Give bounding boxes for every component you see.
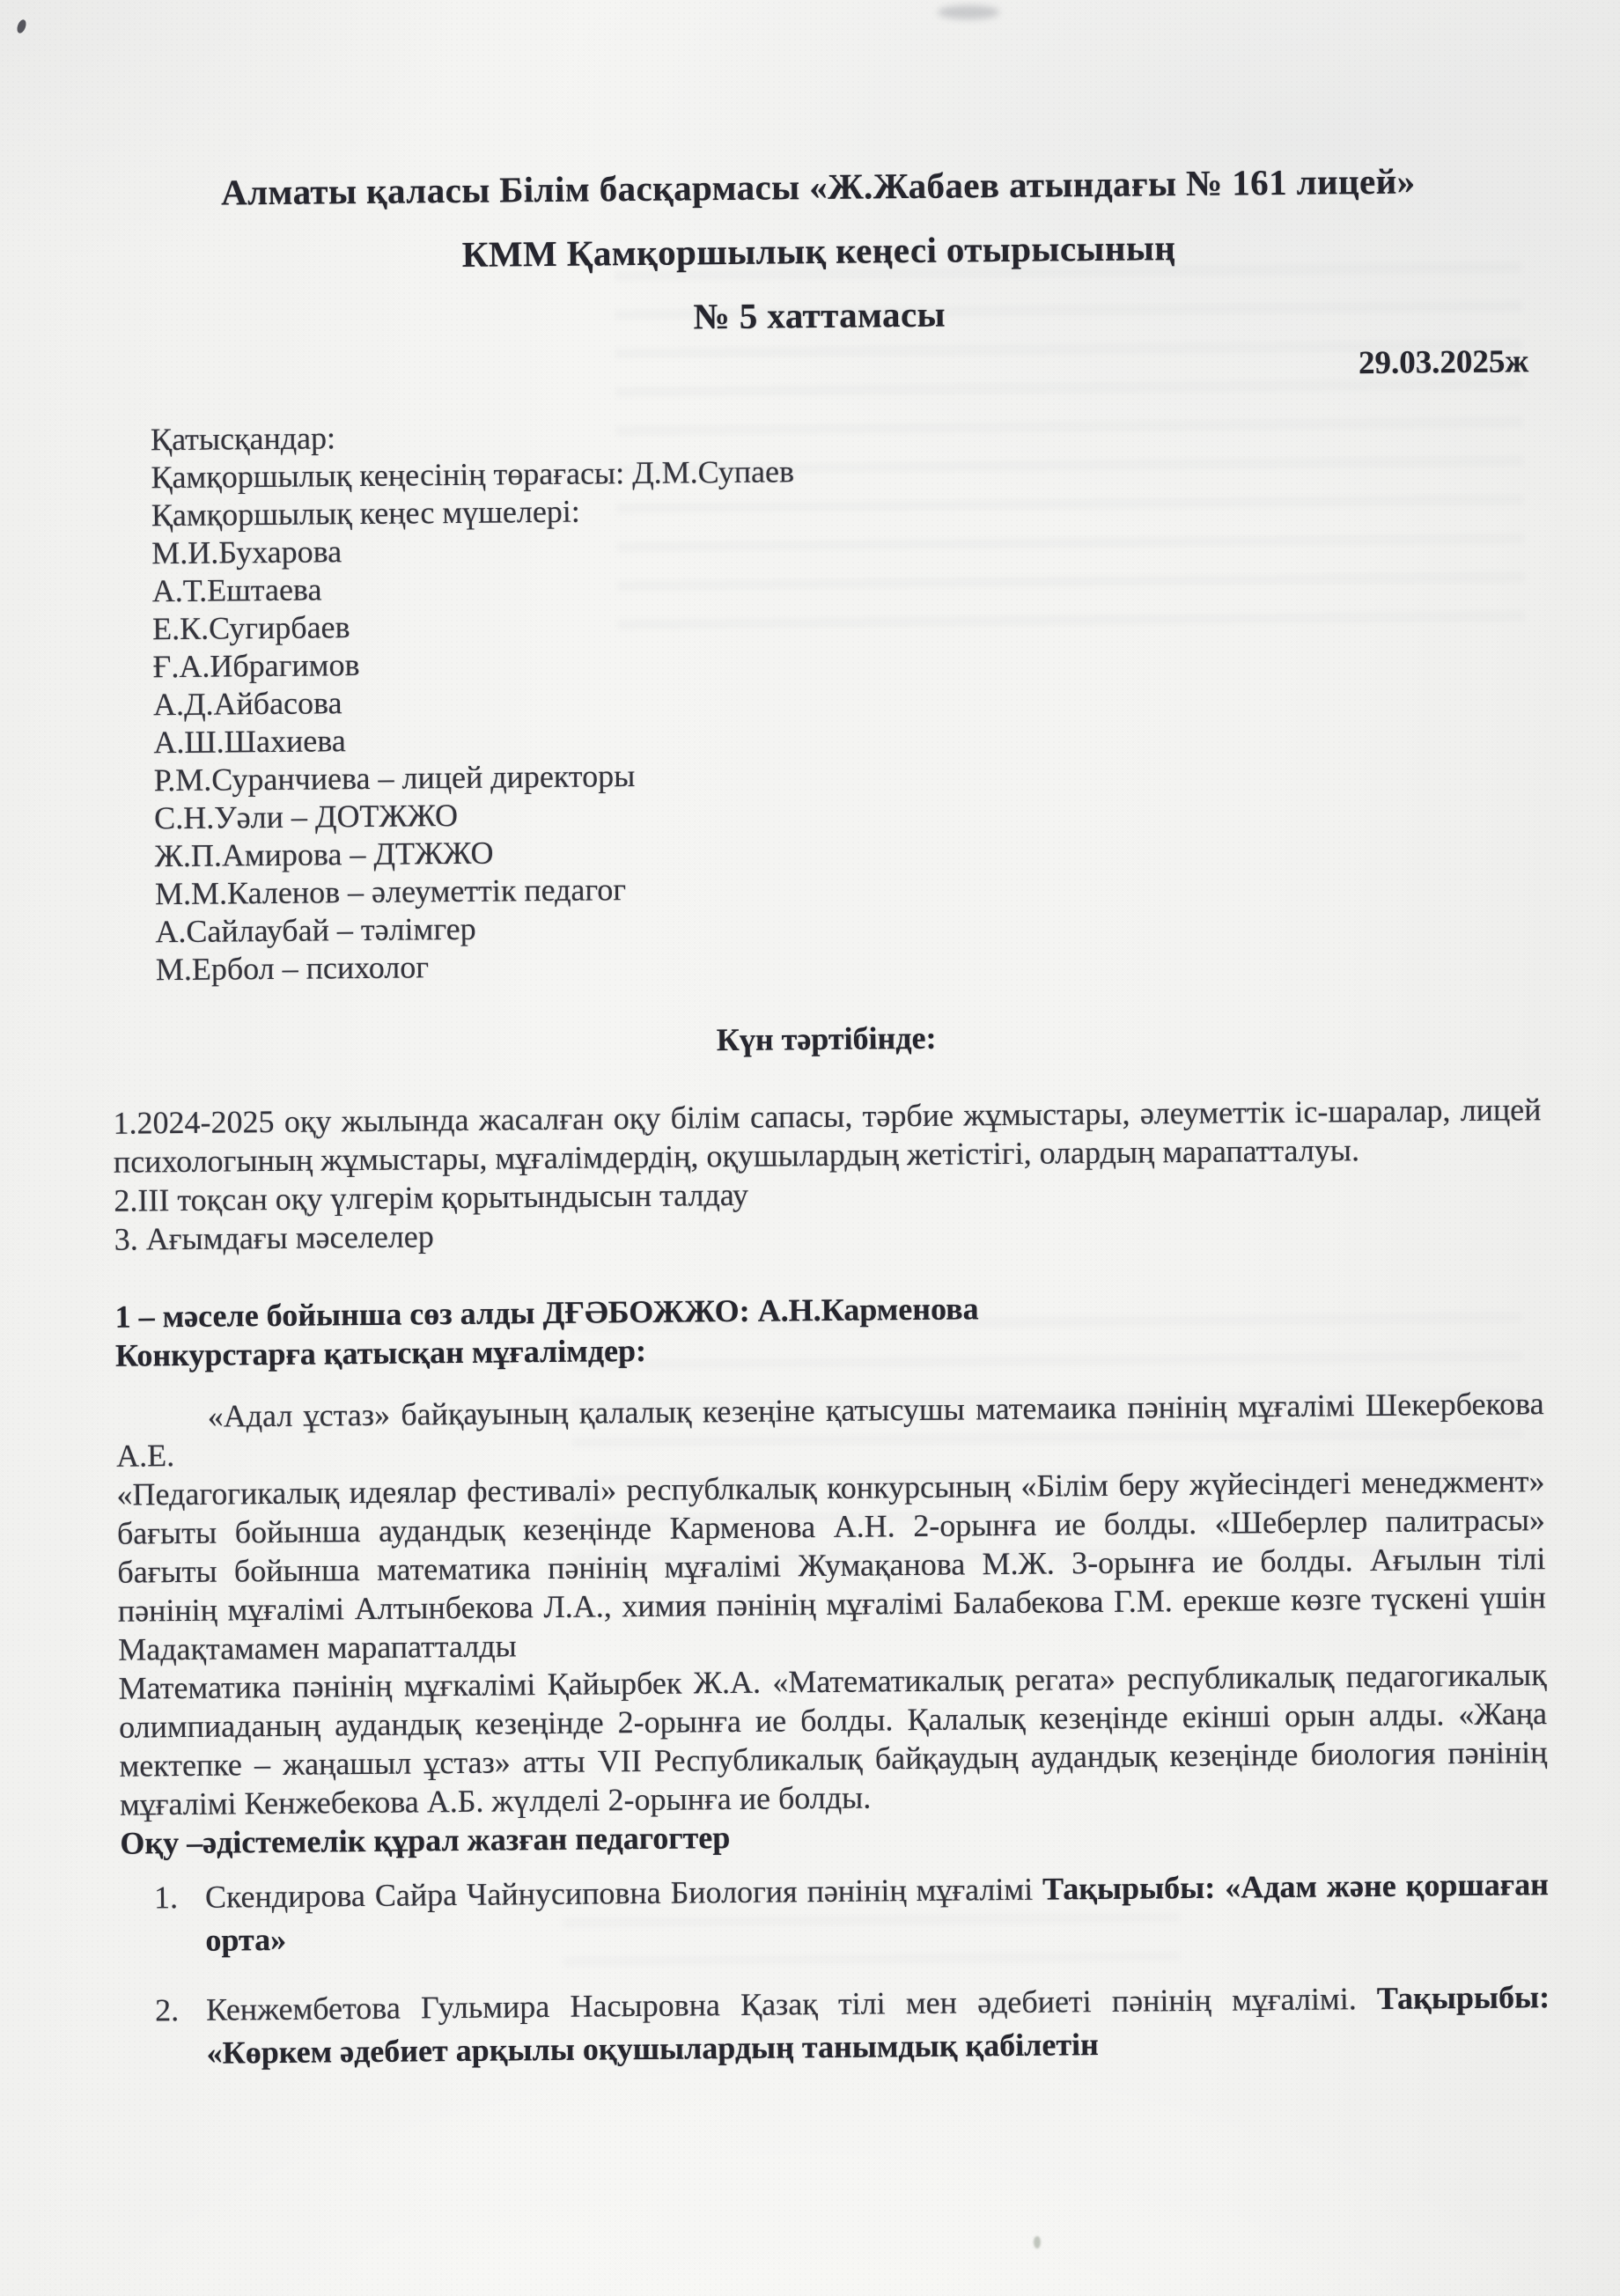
title-line: № 5 хаттамасы [105, 276, 1534, 355]
list-item-number: 1. [154, 1876, 178, 1919]
list-item: 1. Скендирова Сайра Чайнусиповна Биологи… [121, 1863, 1550, 1963]
document-title: Алматы қаласы Білім басқармасы «Ж.Жабаев… [104, 148, 1534, 355]
scan-smudge [938, 5, 999, 19]
section1-paragraph: «Педагогикалық идеялар фестивалі» респуб… [116, 1461, 1546, 1669]
list-item-text: Кенжембетова Гульмира Насыровна Қазақ ті… [206, 1981, 1377, 2027]
participants-section: Қатысқандар: Қамқоршылық кеңесінің төрағ… [151, 408, 1540, 989]
document-content: Алматы қаласы Білім басқармасы «Ж.Жабаев… [104, 148, 1550, 2075]
agenda-item: 1.2024-2025 оқу жылында жасалған оқу біл… [113, 1090, 1542, 1181]
agenda-heading: Күн тәртібінде: [112, 1012, 1540, 1065]
method-authors-list: 1. Скендирова Сайра Чайнусиповна Биологи… [121, 1863, 1550, 2076]
scan-speck [1034, 2236, 1041, 2248]
list-item: 2. Кенжембетова Гульмира Насыровна Қазақ… [121, 1976, 1550, 2076]
section1-paragraph: Математика пәнінің мұғкалімі Қайырбек Ж.… [118, 1655, 1548, 1824]
list-item-text: Скендирова Сайра Чайнусиповна Биология п… [205, 1872, 1043, 1915]
scan-speck [16, 18, 28, 34]
agenda-list: 1.2024-2025 оқу жылында жасалған оқу біл… [113, 1090, 1543, 1259]
title-line: Алматы қаласы Білім басқармасы «Ж.Жабаев… [104, 148, 1533, 226]
list-item-number: 2. [155, 1989, 179, 2032]
scanned-document-page: Алматы қаласы Білім басқармасы «Ж.Жабаев… [0, 0, 1620, 2296]
section1-paragraph: «Адал ұстаз» байқауының қалалық кезеңіне… [116, 1384, 1545, 1475]
